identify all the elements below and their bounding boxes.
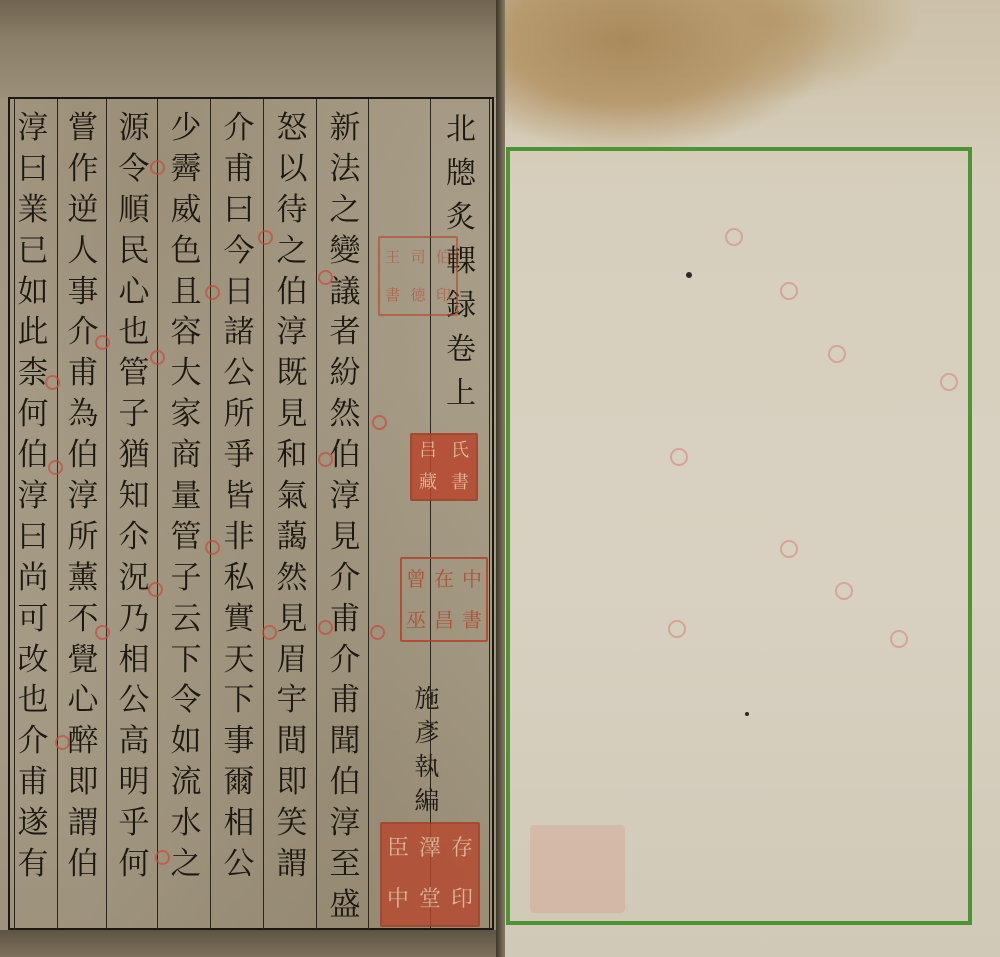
text-char: 怒	[271, 108, 313, 149]
text-char: 甫	[12, 762, 54, 803]
title-char: 牕	[440, 152, 482, 196]
text-char: 量	[165, 476, 207, 517]
text-char: 何	[12, 394, 54, 435]
text-char: 藹	[271, 517, 313, 558]
text-char: 子	[165, 558, 207, 599]
text-char: 盛	[324, 885, 366, 926]
text-char: 曰	[12, 517, 54, 558]
offset-seal-imprint	[530, 825, 625, 913]
text-char: 高	[113, 721, 155, 762]
punctuation-circle	[155, 850, 170, 865]
punctuation-circle	[318, 270, 333, 285]
text-char: 然	[324, 394, 366, 435]
punctuation-circle	[55, 735, 70, 750]
text-char: 甫	[62, 353, 104, 394]
text-char: 改	[12, 640, 54, 681]
seal-char: 氏	[451, 442, 469, 460]
text-char: 之	[324, 190, 366, 231]
text-char: 明	[113, 762, 155, 803]
text-char: 變	[324, 231, 366, 272]
text-char: 聞	[324, 721, 366, 762]
text-char: 淳	[324, 803, 366, 844]
text-char: 尒	[113, 517, 155, 558]
seal-char: 印	[436, 288, 451, 303]
punctuation-circle	[262, 625, 277, 640]
column-rule	[489, 99, 490, 929]
punctuation-circle	[370, 625, 385, 640]
seal-char: 徳	[410, 288, 425, 303]
text-char: 即	[271, 762, 313, 803]
text-char: 甫	[324, 599, 366, 640]
text-char: 心	[62, 680, 104, 721]
text-char: 下	[218, 680, 260, 721]
text-char: 者	[324, 312, 366, 353]
text-char: 伯	[324, 762, 366, 803]
seal-char: 澤	[419, 838, 441, 860]
text-char: 諸	[218, 312, 260, 353]
seal-char: 昌	[434, 610, 454, 630]
text-char: 源	[113, 108, 155, 149]
text-char: 爾	[218, 762, 260, 803]
text-char: 猶	[113, 435, 155, 476]
text-column-7: 淳 曰 業 已 如 此 柰 何 伯 淳 曰 尚 可 改 也 介 甫 遂 有	[8, 108, 58, 885]
text-char: 曰	[218, 190, 260, 231]
text-char: 為	[62, 394, 104, 435]
punctuation-circle	[258, 230, 273, 245]
bleed-through-circle	[780, 282, 798, 300]
text-char: 公	[218, 353, 260, 394]
punctuation-circle	[372, 415, 387, 430]
text-char: 淳	[12, 108, 54, 149]
text-char: 順	[113, 190, 155, 231]
text-char: 甫	[324, 680, 366, 721]
text-char: 公	[113, 680, 155, 721]
text-char: 覺	[62, 640, 104, 681]
text-char: 介	[324, 640, 366, 681]
punctuation-circle	[45, 375, 60, 390]
punctuation-circle	[95, 335, 110, 350]
text-char: 見	[324, 517, 366, 558]
seal-char: 在	[434, 569, 454, 589]
text-char: 民	[113, 231, 155, 272]
seal-char: 中	[387, 889, 409, 911]
text-char: 事	[218, 721, 260, 762]
green-border-frame	[506, 147, 972, 925]
text-char: 見	[271, 394, 313, 435]
text-char: 見	[271, 599, 313, 640]
text-char: 淳	[62, 476, 104, 517]
text-char: 介	[324, 558, 366, 599]
text-char: 然	[271, 558, 313, 599]
text-char: 人	[62, 231, 104, 272]
text-char: 所	[218, 394, 260, 435]
text-column-5: 源 令 順 民 心 也 管 子 猶 知 尒 況 乃 相 公 高 明 乎 何	[109, 108, 159, 885]
text-char: 新	[324, 108, 366, 149]
collector-seal-4: 臣 澤 存 中 堂 印	[380, 822, 480, 927]
text-char: 以	[271, 149, 313, 190]
top-margin	[0, 0, 502, 98]
title-char: 炙	[440, 196, 482, 240]
text-char: 下	[165, 640, 207, 681]
text-char: 既	[271, 353, 313, 394]
text-char: 令	[165, 680, 207, 721]
seal-char: 巫	[406, 610, 426, 630]
text-char: 眉	[271, 640, 313, 681]
text-char: 乎	[113, 803, 155, 844]
collector-seal-3: 曾 在 中 巫 昌 書	[400, 557, 488, 642]
text-char: 待	[271, 190, 313, 231]
text-char: 云	[165, 599, 207, 640]
text-char: 非	[218, 517, 260, 558]
author-line: 施 彥 執 編	[402, 682, 452, 818]
seal-char: 臣	[387, 838, 409, 860]
text-char: 管	[113, 353, 155, 394]
text-char: 已	[12, 231, 54, 272]
text-char: 事	[62, 272, 104, 313]
text-column-6: 嘗 作 逆 人 事 介 甫 為 伯 淳 所 薰 不 覺 心 醉 即 謂 伯	[58, 108, 108, 885]
text-char: 作	[62, 149, 104, 190]
text-char: 實	[218, 599, 260, 640]
text-char: 介	[12, 721, 54, 762]
text-char: 謂	[62, 803, 104, 844]
text-char: 可	[12, 599, 54, 640]
text-char: 和	[271, 435, 313, 476]
seal-char: 堂	[419, 889, 441, 911]
bleed-through-circle	[890, 630, 908, 648]
text-column-4: 少 霽 威 色 且 容 大 家 商 量 管 子 云 下 令 如 流 水 之	[161, 108, 211, 885]
text-char: 曰	[12, 149, 54, 190]
seal-char: 吕	[419, 442, 437, 460]
seal-char: 中	[462, 569, 482, 589]
seal-char: 印	[451, 889, 473, 911]
text-char: 至	[324, 844, 366, 885]
text-char: 有	[12, 844, 54, 885]
text-char: 天	[218, 640, 260, 681]
punctuation-circle	[148, 582, 163, 597]
seal-char: 伯	[436, 250, 451, 265]
author-char: 施	[406, 682, 448, 716]
text-char: 子	[113, 394, 155, 435]
punctuation-circle	[318, 620, 333, 635]
seal-char: 藏	[419, 474, 437, 492]
title-char: 卷	[440, 328, 482, 372]
text-char: 大	[165, 353, 207, 394]
text-char: 尚	[12, 558, 54, 599]
text-char: 淳	[271, 312, 313, 353]
text-char: 業	[12, 190, 54, 231]
punctuation-circle	[48, 460, 63, 475]
text-char: 笑	[271, 803, 313, 844]
punctuation-circle	[95, 625, 110, 640]
text-char: 何	[113, 844, 155, 885]
text-char: 伯	[271, 272, 313, 313]
author-char: 執	[406, 750, 448, 784]
text-column-3: 介 甫 曰 今 日 諸 公 所 爭 皆 非 私 實 天 下 事 爾 相 公	[214, 108, 264, 885]
text-char: 心	[113, 272, 155, 313]
text-char: 伯	[62, 435, 104, 476]
text-char: 令	[113, 149, 155, 190]
text-char: 也	[113, 312, 155, 353]
bleed-through-circle	[828, 345, 846, 363]
bleed-through-circle	[725, 228, 743, 246]
text-char: 今	[218, 231, 260, 272]
text-char: 法	[324, 149, 366, 190]
left-page: 北 牕 炙 輠 録 卷 上 施 彥 執 編 新 法 之 變 議 者 紛 然 伯 …	[0, 0, 502, 957]
ink-speck	[745, 712, 749, 716]
seal-char: 書	[462, 610, 482, 630]
text-char: 淳	[12, 476, 54, 517]
text-char: 之	[165, 844, 207, 885]
text-char: 嘗	[62, 108, 104, 149]
text-char: 遂	[12, 803, 54, 844]
text-char: 色	[165, 231, 207, 272]
bleed-through-circle	[780, 540, 798, 558]
text-char: 淳	[324, 476, 366, 517]
text-char: 介	[218, 108, 260, 149]
text-char: 之	[271, 231, 313, 272]
punctuation-circle	[318, 452, 333, 467]
punctuation-circle	[150, 350, 165, 365]
bleed-through-circle	[668, 620, 686, 638]
text-char: 逆	[62, 190, 104, 231]
title-char: 北	[440, 108, 482, 152]
text-char: 即	[62, 762, 104, 803]
text-char: 家	[165, 394, 207, 435]
text-char: 乃	[113, 599, 155, 640]
author-char: 彥	[406, 716, 448, 750]
ink-speck	[686, 272, 692, 278]
text-char: 氣	[271, 476, 313, 517]
text-char: 且	[165, 272, 207, 313]
text-char: 如	[12, 272, 54, 313]
text-char: 相	[113, 640, 155, 681]
bleed-through-circle	[835, 582, 853, 600]
text-char: 薰	[62, 558, 104, 599]
author-char: 編	[406, 784, 448, 818]
text-char: 流	[165, 762, 207, 803]
text-char: 也	[12, 680, 54, 721]
text-char: 甫	[218, 149, 260, 190]
text-char: 紛	[324, 353, 366, 394]
text-char: 此	[12, 312, 54, 353]
text-char: 私	[218, 558, 260, 599]
collector-seal-2: 吕 氏 藏 書	[410, 433, 478, 501]
text-column-2: 怒 以 待 之 伯 淳 既 見 和 氣 藹 然 見 眉 宇 間 即 笑 謂	[267, 108, 317, 885]
bottom-margin	[0, 930, 502, 957]
text-char: 管	[165, 517, 207, 558]
seal-char: 存	[451, 838, 473, 860]
punctuation-circle	[205, 540, 220, 555]
seal-char: 曾	[406, 569, 426, 589]
text-char: 日	[218, 272, 260, 313]
text-char: 所	[62, 517, 104, 558]
seal-char: 書	[451, 474, 469, 492]
punctuation-circle	[205, 285, 220, 300]
text-char: 宇	[271, 680, 313, 721]
title-char: 上	[440, 372, 482, 416]
collector-seal-1: 王 司 伯 書 徳 印	[378, 236, 458, 316]
text-char: 如	[165, 721, 207, 762]
seal-char: 司	[410, 250, 425, 265]
punctuation-circle	[150, 160, 165, 175]
text-char: 爭	[218, 435, 260, 476]
text-char: 伯	[62, 844, 104, 885]
text-char: 威	[165, 190, 207, 231]
text-char: 水	[165, 803, 207, 844]
text-char: 間	[271, 721, 313, 762]
text-char: 商	[165, 435, 207, 476]
bleed-through-circle	[940, 373, 958, 391]
text-char: 容	[165, 312, 207, 353]
text-char: 相	[218, 803, 260, 844]
bleed-through-circle	[670, 448, 688, 466]
text-char: 皆	[218, 476, 260, 517]
text-char: 知	[113, 476, 155, 517]
seal-char: 王	[385, 250, 400, 265]
seal-char: 書	[385, 288, 400, 303]
text-char: 少	[165, 108, 207, 149]
text-char: 謂	[271, 844, 313, 885]
text-char: 霽	[165, 149, 207, 190]
text-char: 公	[218, 844, 260, 885]
text-column-1: 新 法 之 變 議 者 紛 然 伯 淳 見 介 甫 介 甫 聞 伯 淳 至 盛	[320, 108, 370, 926]
